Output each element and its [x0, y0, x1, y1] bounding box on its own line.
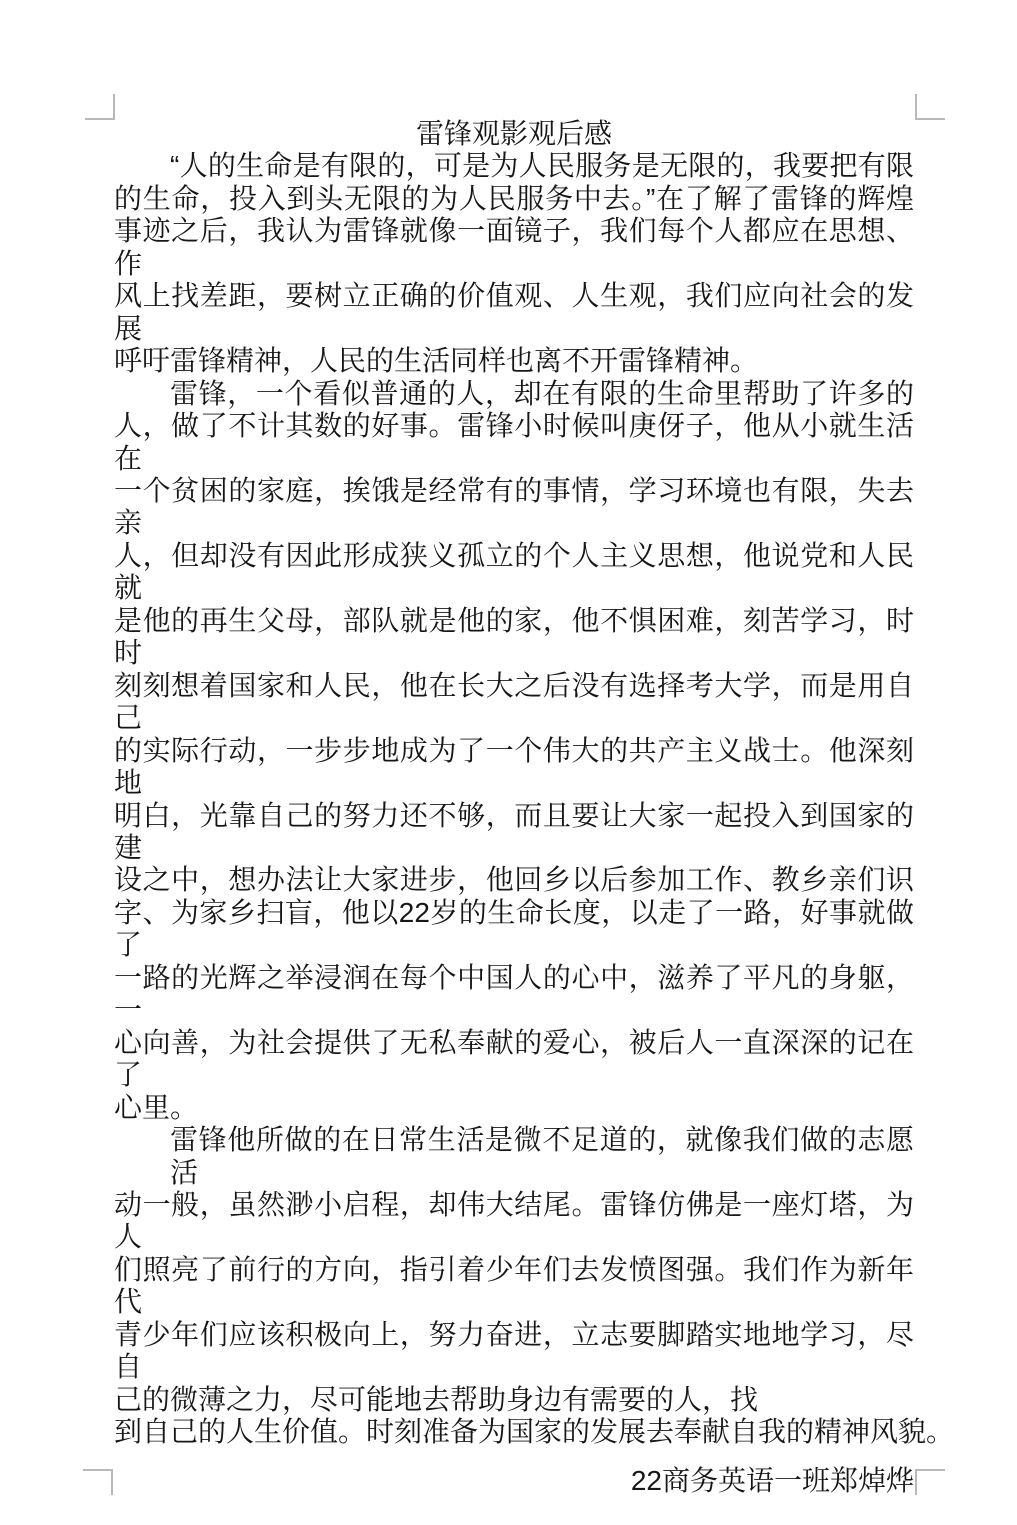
- text-line: 设之中，想办法让大家进步，他回乡以后参加工作、教乡亲们识: [114, 864, 914, 896]
- text-boundary-mark-bottom-left: [83, 1469, 113, 1495]
- text-line: 们照亮了前行的方向，指引着少年们去发愤图强。我们作为新年代: [114, 1254, 914, 1319]
- text-line: 是他的再生父母，部队就是他的家，他不惧困难，刻苦学习，时时: [114, 605, 914, 670]
- text-line: 明白，光靠自己的努力还不够，而且要让大家一起投入到国家的建: [114, 800, 914, 865]
- text-line: 事迹之后，我认为雷锋就像一面镜子，我们每个人都应在思想、作: [114, 215, 914, 280]
- text-boundary-mark-top-right: [915, 94, 945, 120]
- text-line: 心里。: [114, 1092, 914, 1124]
- document-page: 雷锋观影观后感 “人的生命是有限的，可是为人民服务是无限的，我要把有限的生命，投…: [0, 0, 1017, 1525]
- text-line: 呼吁雷锋精神，人民的生活同样也离不开雷锋精神。: [114, 345, 914, 377]
- document-body: “人的生命是有限的，可是为人民服务是无限的，我要把有限的生命，投入到头无限的为人…: [114, 150, 914, 1448]
- text-line: “人的生命是有限的，可是为人民服务是无限的，我要把有限: [114, 150, 914, 182]
- document-title: 雷锋观影观后感: [114, 118, 914, 150]
- text-line: 雷锋他所做的在日常生活是微不足道的，就像我们做的志愿活: [114, 1124, 914, 1189]
- text-line: 字、为家乡扫盲，他以22岁的生命长度，以走了一路，好事就做了: [114, 897, 914, 962]
- text-line: 风上找差距，要树立正确的价值观、人生观，我们应向社会的发展: [114, 280, 914, 345]
- text-line: 动一般，虽然渺小启程，却伟大结尾。雷锋仿佛是一座灯塔，为人: [114, 1189, 914, 1254]
- paragraph: “人的生命是有限的，可是为人民服务是无限的，我要把有限的生命，投入到头无限的为人…: [114, 150, 914, 377]
- paragraph: 雷锋，一个看似普通的人，却在有限的生命里帮助了许多的人，做了不计其数的好事。雷锋…: [114, 378, 914, 1124]
- paragraph: 雷锋他所做的在日常生活是微不足道的，就像我们做的志愿活动一般，虽然渺小启程，却伟…: [114, 1124, 914, 1449]
- document-content: 雷锋观影观后感 “人的生命是有限的，可是为人民服务是无限的，我要把有限的生命，投…: [114, 118, 914, 1497]
- text-line: 人，做了不计其数的好事。雷锋小时候叫庚伢子，他从小就生活在: [114, 410, 914, 475]
- text-line: 的生命，投入到头无限的为人民服务中去。”在了解了雷锋的辉煌: [114, 183, 914, 215]
- text-line: 心向善，为社会提供了无私奉献的爱心，被后人一直深深的记在了: [114, 1027, 914, 1092]
- text-line: 雷锋，一个看似普通的人，却在有限的生命里帮助了许多的: [114, 378, 914, 410]
- text-line: 一路的光辉之举浸润在每个中国人的心中，滋养了平凡的身躯，一: [114, 962, 914, 1027]
- signature: 22商务英语一班郑焯烨: [114, 1465, 914, 1497]
- text-line: 青少年们应该积极向上，努力奋进，立志要脚踏实地地学习，尽自: [114, 1319, 914, 1384]
- text-line: 刻刻想着国家和人民，他在长大之后没有选择考大学，而是用自己: [114, 670, 914, 735]
- text-line: 到自己的人生价值。时刻准备为国家的发展去奉献自我的精神风貌。: [114, 1416, 914, 1448]
- text-line: 人，但却没有因此形成狭义孤立的个人主义思想，他说党和人民就: [114, 540, 914, 605]
- text-line: 一个贫困的家庭，挨饿是经常有的事情，学习环境也有限，失去亲: [114, 475, 914, 540]
- text-line: 己的微薄之力，尽可能地去帮助身边有需要的人，找: [114, 1384, 914, 1416]
- text-line: 的实际行动，一步步地成为了一个伟大的共产主义战士。他深刻地: [114, 735, 914, 800]
- text-boundary-mark-top-left: [85, 94, 115, 120]
- text-boundary-mark-bottom-right: [915, 1469, 945, 1495]
